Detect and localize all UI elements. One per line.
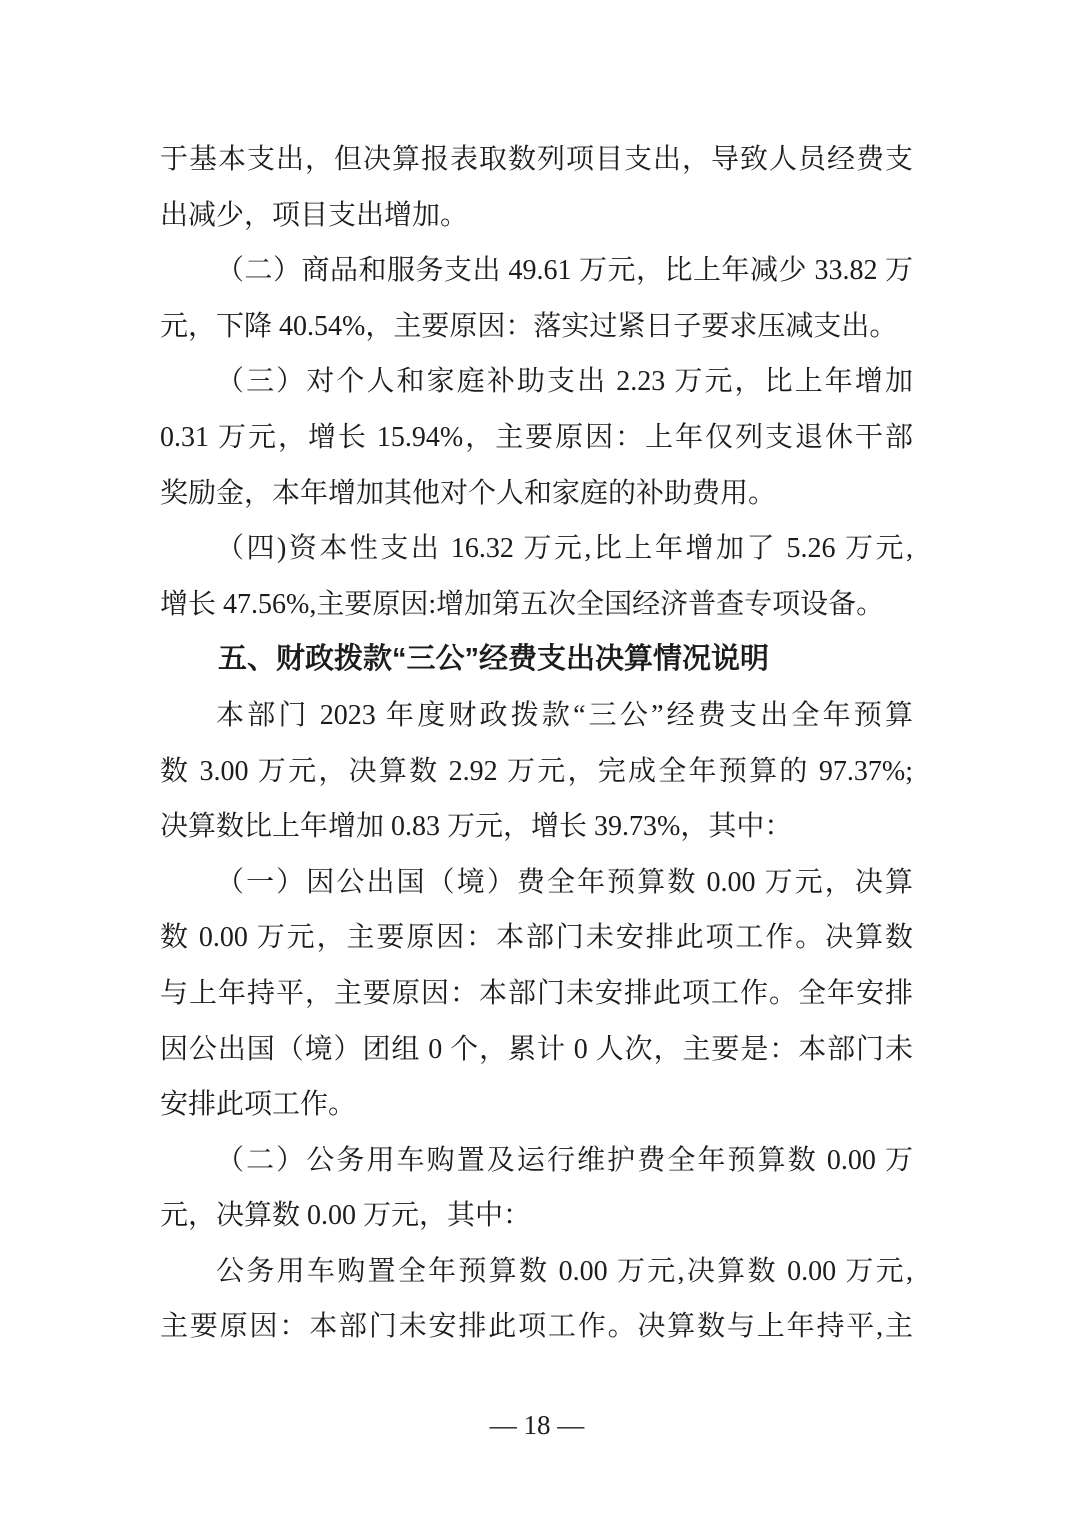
text-line: 因公出国（境）团组 0 个，累计 0 人次，主要是：本部门未 (160, 1022, 913, 1078)
document-page: 于基本支出，但决算报表取数列项目支出，导致人员经费支 出减少，项目支出增加。 （… (0, 0, 1074, 1520)
text-line: 出减少，项目支出增加。 (160, 188, 913, 244)
text-line: 安排此项工作。 (160, 1077, 913, 1133)
text-line: 数 3.00 万元，决算数 2.92 万元，完成全年预算的 97.37%; (160, 744, 913, 800)
text-line: 0.31 万元，增长 15.94%，主要原因：上年仅列支退休干部 (160, 410, 913, 466)
text-line: 元，下降 40.54%，主要原因：落实过紧日子要求压减支出。 (160, 299, 913, 355)
page-number: — 18 — (0, 1406, 1074, 1444)
text-line: （二）商品和服务支出 49.61 万元，比上年减少 33.82 万 (160, 243, 913, 299)
text-line: （一）因公出国（境）费全年预算数 0.00 万元，决算 (160, 855, 913, 911)
text-line: 与上年持平，主要原因：本部门未安排此项工作。全年安排 (160, 966, 913, 1022)
text-line: （二）公务用车购置及运行维护费全年预算数 0.00 万 (160, 1133, 913, 1189)
text-line: 数 0.00 万元，主要原因：本部门未安排此项工作。决算数 (160, 910, 913, 966)
text-line: 奖励金，本年增加其他对个人和家庭的补助费用。 (160, 466, 913, 522)
text-line: （四)资本性支出 16.32 万元,比上年增加了 5.26 万元, (160, 521, 913, 577)
text-line: 于基本支出，但决算报表取数列项目支出，导致人员经费支 (160, 132, 913, 188)
section-heading: 五、财政拨款“三公”经费支出决算情况说明 (160, 632, 913, 688)
text-line: 公务用车购置全年预算数 0.00 万元,决算数 0.00 万元, (160, 1244, 913, 1300)
text-block: 于基本支出，但决算报表取数列项目支出，导致人员经费支 出减少，项目支出增加。 （… (160, 132, 913, 1355)
text-line: 主要原因：本部门未安排此项工作。决算数与上年持平,主 (160, 1299, 913, 1355)
text-line: 决算数比上年增加 0.83 万元，增长 39.73%，其中： (160, 799, 913, 855)
text-line: 增长 47.56%,主要原因:增加第五次全国经济普查专项设备。 (160, 577, 913, 633)
text-line: 元，决算数 0.00 万元，其中： (160, 1188, 913, 1244)
text-line: （三）对个人和家庭补助支出 2.23 万元，比上年增加 (160, 354, 913, 410)
text-line: 本部门 2023 年度财政拨款“三公”经费支出全年预算 (160, 688, 913, 744)
